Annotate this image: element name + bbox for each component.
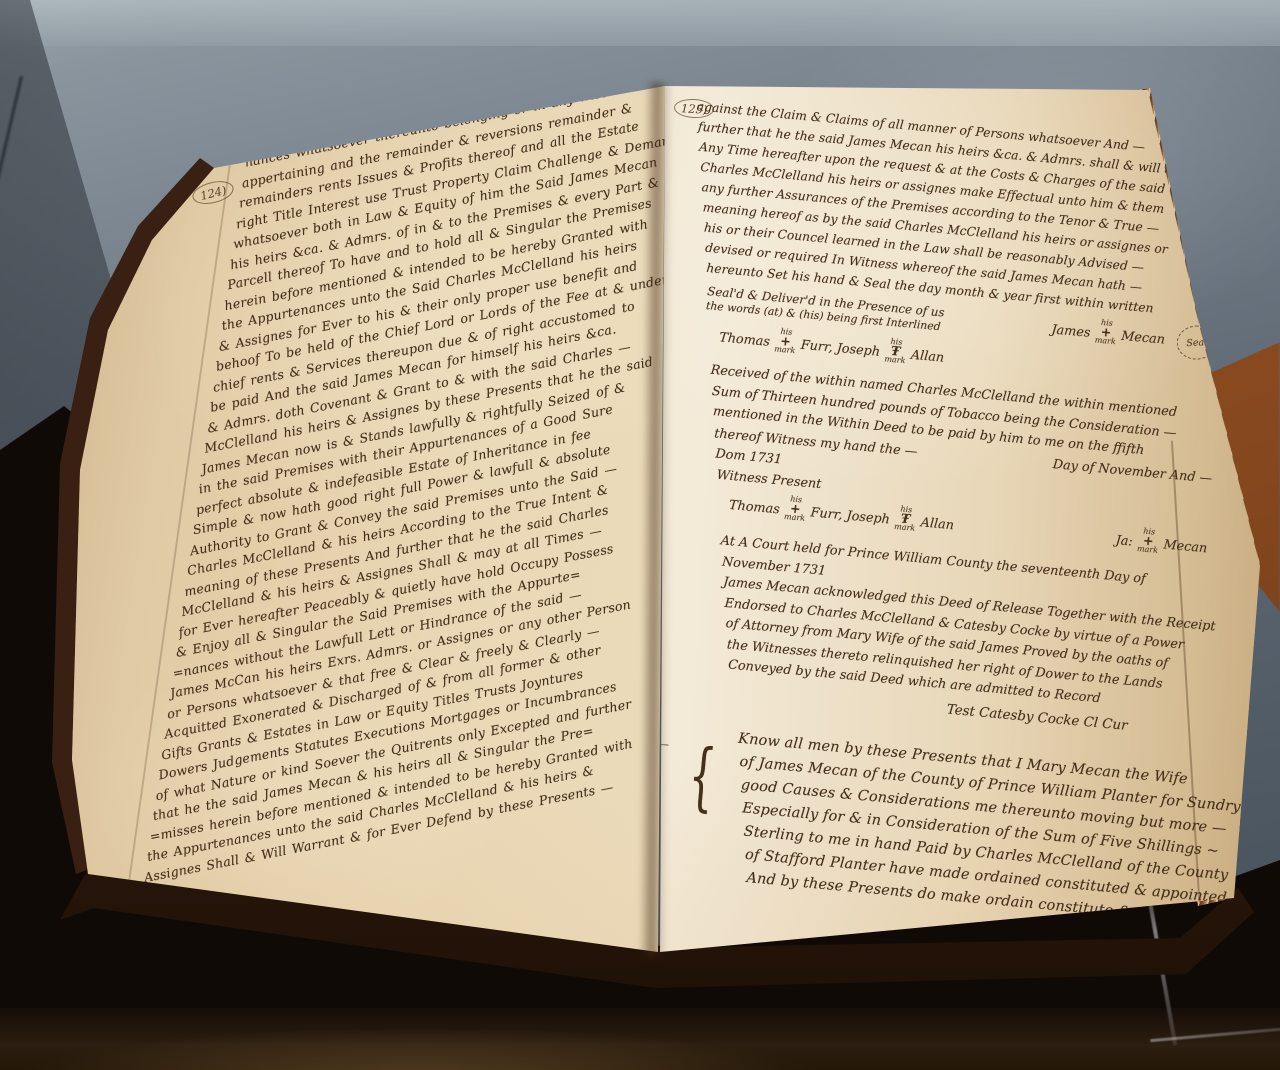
witness-last-name: Allan bbox=[910, 347, 945, 365]
mark-label-mark: mark bbox=[774, 345, 796, 355]
witness-last-name: Furr, bbox=[810, 505, 843, 523]
his-mark-cross: his + mark bbox=[784, 495, 807, 523]
mark-label-mark: mark bbox=[1094, 336, 1116, 346]
brace-mark: { bbox=[686, 739, 719, 815]
witness-last-name: Allan bbox=[920, 515, 955, 533]
acknowledger-signature: Ja: his + mark Mecan bbox=[1115, 527, 1209, 561]
witness-first-name: Thomas bbox=[719, 330, 771, 350]
his-mark-glyph: his Ŧ mark bbox=[884, 337, 907, 365]
mark-label-mark: mark bbox=[884, 355, 906, 365]
floor-strip bbox=[0, 1008, 1280, 1070]
photo-of-open-deed-book: 124) nances whatsoever thereunto belongi… bbox=[0, 0, 1280, 1070]
signer-last-name: Mecan bbox=[1163, 537, 1208, 556]
witness-first-name: Joseph bbox=[836, 341, 881, 360]
witness-first-name: Thomas bbox=[728, 497, 780, 517]
mark-label-mark: mark bbox=[784, 513, 806, 523]
mark-label-mark: mark bbox=[1137, 545, 1159, 555]
witness-first-name: Joseph bbox=[846, 508, 891, 527]
his-mark-cross: his + mark bbox=[1137, 527, 1160, 555]
witness-last-name: Furr, bbox=[800, 337, 833, 355]
year-text: Dom 1731 bbox=[715, 446, 783, 467]
his-mark-cross: his + mark bbox=[1094, 318, 1117, 346]
signer-last-name: Mecan bbox=[1121, 328, 1166, 347]
right-page-manuscript: against the Claim & Claims of all manner… bbox=[650, 92, 1255, 936]
signer-first-name: Ja: bbox=[1115, 533, 1133, 549]
signer-first-name: James bbox=[1051, 322, 1091, 340]
his-mark-glyph: his Ŧ mark bbox=[894, 505, 917, 533]
mark-label-mark: mark bbox=[894, 523, 916, 533]
his-mark-cross: his + mark bbox=[774, 327, 797, 355]
